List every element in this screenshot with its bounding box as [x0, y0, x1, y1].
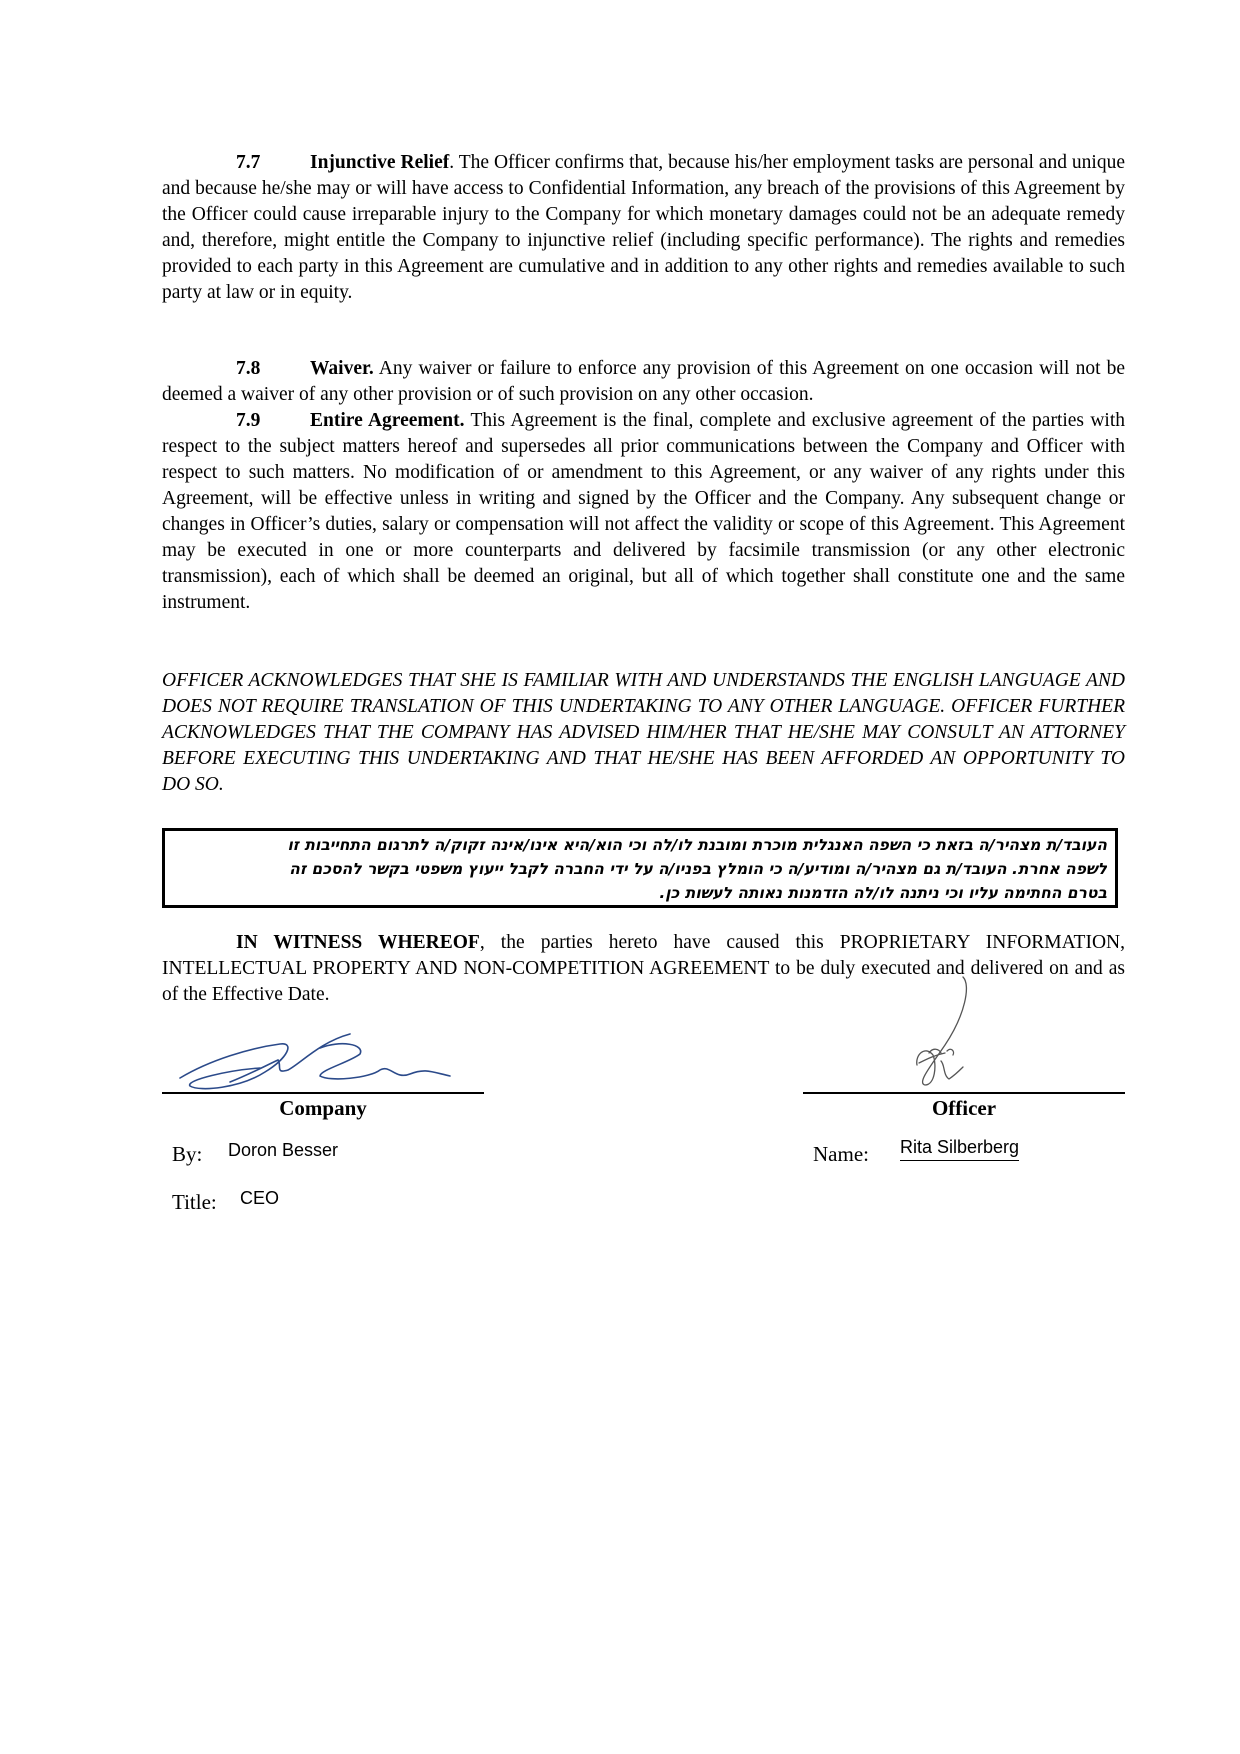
section-number: 7.7: [236, 150, 310, 176]
witness-lead: IN WITNESS WHEREOF: [236, 932, 480, 953]
section-heading: Waiver.: [310, 358, 374, 379]
officer-signature: [905, 975, 995, 1090]
officer-label: Officer: [803, 1096, 1125, 1121]
section-7-7: 7.7Injunctive Relief. The Officer confir…: [162, 150, 1125, 306]
by-label: By:: [172, 1142, 202, 1167]
name-label: Name:: [813, 1142, 869, 1167]
hebrew-line: העובד/ת מצהיר/ה בזאת כי השפה האנגלית מוכ…: [173, 833, 1107, 857]
officer-acknowledgement: OFFICER ACKNOWLEDGES THAT SHE IS FAMILIA…: [162, 668, 1125, 798]
hebrew-line: בטרם החתימה עליו וכי ניתנה לו/לה הזדמנות…: [173, 881, 1107, 905]
section-body: This Agreement is the final, complete an…: [162, 410, 1125, 613]
section-heading: Injunctive Relief: [310, 152, 449, 173]
company-label: Company: [162, 1096, 484, 1121]
title-value: CEO: [240, 1188, 279, 1209]
name-value: Rita Silberberg: [900, 1137, 1019, 1161]
hebrew-line: לשפה אחרת. העובד/ת גם מצהיר/ה ומודיע/ה כ…: [173, 857, 1107, 881]
section-7-8: 7.8Waiver. Any waiver or failure to enfo…: [162, 356, 1125, 408]
by-value: Doron Besser: [228, 1140, 338, 1161]
company-signature: [170, 1030, 470, 1095]
officer-signature-line: [803, 1092, 1125, 1094]
section-heading: Entire Agreement.: [310, 410, 465, 431]
section-number: 7.9: [236, 408, 310, 434]
section-7-9: 7.9Entire Agreement. This Agreement is t…: [162, 408, 1125, 616]
section-number: 7.8: [236, 356, 310, 382]
hebrew-acknowledgement-box: העובד/ת מצהיר/ה בזאת כי השפה האנגלית מוכ…: [162, 828, 1118, 908]
title-label: Title:: [172, 1190, 217, 1215]
company-signature-line: [162, 1092, 484, 1094]
